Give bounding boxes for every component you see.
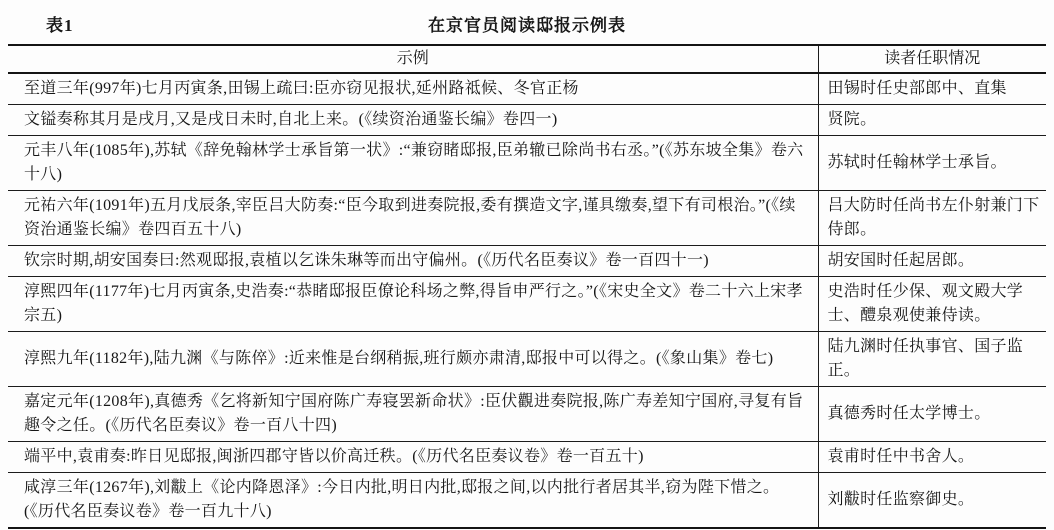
- example-cell: 淳熙四年(1177年)七月丙寅条,史浩奏:“恭睹邸报臣僚论科场之弊,得旨申严行之…: [8, 277, 818, 332]
- example-cell: 钦宗时期,胡安国奏曰:然观邸报,袁植以乞诛朱琳等而出守偏州。(《历代名臣奏议》卷…: [8, 246, 818, 277]
- table-row: 端平中,袁甫奏:昨日见邸报,闽浙四郡守皆以价高迁秩。(《历代名臣奏议卷》卷一百五…: [8, 442, 1046, 473]
- reader-cell: 田锡时任史部郎中、直集: [818, 73, 1046, 105]
- reader-cell: 苏轼时任翰林学士承旨。: [818, 136, 1046, 191]
- example-cell: 淳熙九年(1182年),陆九渊《与陈倅》:近来惟是台纲稍振,班行颇亦肃清,邸报中…: [8, 332, 818, 387]
- header-row: 示例 读者任职情况: [8, 45, 1046, 73]
- reader-cell: 真德秀时任太学博士。: [818, 387, 1046, 442]
- reader-cell: 吕大防时任尚书左仆射兼门下侍郎。: [818, 191, 1046, 246]
- reader-cell: 陆九渊时任执事官、国子监正。: [818, 332, 1046, 387]
- example-cell: 咸淳三年(1267年),刘黻上《论内降恩泽》:今日内批,明日内批,邸报之间,以内…: [8, 473, 818, 529]
- table-row: 嘉定元年(1208年),真德秀《乞将新知宁国府陈广寿寝罢新命状》:臣伏觀进奏院报…: [8, 387, 1046, 442]
- example-cell: 元丰八年(1085年),苏轼《辞免翰林学士承旨第一状》:“兼窃睹邸报,臣弟辙已除…: [8, 136, 818, 191]
- di-bao-readers-table: 示例 读者任职情况 至道三年(997年)七月丙寅条,田锡上疏曰:臣亦窃见报状,延…: [8, 44, 1046, 529]
- table-row: 淳熙九年(1182年),陆九渊《与陈倅》:近来惟是台纲稍振,班行颇亦肃清,邸报中…: [8, 332, 1046, 387]
- table-row: 钦宗时期,胡安国奏曰:然观邸报,袁植以乞诛朱琳等而出守偏州。(《历代名臣奏议》卷…: [8, 246, 1046, 277]
- reader-cell: 贤院。: [818, 105, 1046, 136]
- document-page: 表1 在京官员阅读邸报示例表 示例 读者任职情况 至道三年(997年)七月丙寅条…: [0, 0, 1054, 530]
- column-header-example: 示例: [8, 45, 818, 73]
- table-row: 元祐六年(1091年)五月戊辰条,宰臣吕大防奏:“臣今取到进奏院报,委有撰造文字…: [8, 191, 1046, 246]
- table-row: 元丰八年(1085年),苏轼《辞免翰林学士承旨第一状》:“兼窃睹邸报,臣弟辙已除…: [8, 136, 1046, 191]
- reader-cell: 刘黻时任监察御史。: [818, 473, 1046, 529]
- table-row: 淳熙四年(1177年)七月丙寅条,史浩奏:“恭睹邸报臣僚论科场之弊,得旨申严行之…: [8, 277, 1046, 332]
- example-cell: 元祐六年(1091年)五月戊辰条,宰臣吕大防奏:“臣今取到进奏院报,委有撰造文字…: [8, 191, 818, 246]
- example-cell: 文镒奏称其月是戌月,又是戌日未时,自北上来。(《续资治通鉴长编》卷四一): [8, 105, 818, 136]
- reader-cell: 袁甫时任中书舍人。: [818, 442, 1046, 473]
- example-cell: 至道三年(997年)七月丙寅条,田锡上疏曰:臣亦窃见报状,延州路祗候、冬官正杨: [8, 73, 818, 105]
- table-row: 至道三年(997年)七月丙寅条,田锡上疏曰:臣亦窃见报状,延州路祗候、冬官正杨 …: [8, 73, 1046, 105]
- reader-cell: 史浩时任少保、观文殿大学士、醴泉观使兼侍读。: [818, 277, 1046, 332]
- table-row: 咸淳三年(1267年),刘黻上《论内降恩泽》:今日内批,明日内批,邸报之间,以内…: [8, 473, 1046, 529]
- reader-cell: 胡安国时任起居郎。: [818, 246, 1046, 277]
- column-header-reader: 读者任职情况: [818, 45, 1046, 73]
- table-caption: 表1 在京官员阅读邸报示例表: [0, 0, 1054, 40]
- example-cell: 端平中,袁甫奏:昨日见邸报,闽浙四郡守皆以价高迁秩。(《历代名臣奏议卷》卷一百五…: [8, 442, 818, 473]
- table-title: 在京官员阅读邸报示例表: [0, 11, 1054, 36]
- example-cell: 嘉定元年(1208年),真德秀《乞将新知宁国府陈广寿寝罢新命状》:臣伏觀进奏院报…: [8, 387, 818, 442]
- table-row: 文镒奏称其月是戌月,又是戌日未时,自北上来。(《续资治通鉴长编》卷四一) 贤院。: [8, 105, 1046, 136]
